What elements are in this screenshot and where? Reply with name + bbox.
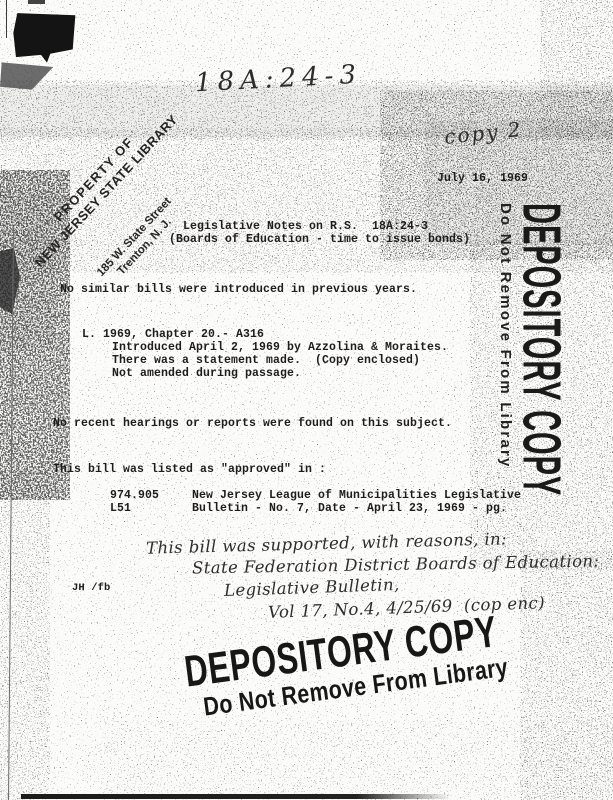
noise-patch [100, 720, 613, 800]
law-chapter-heading: L. 1969, Chapter 20.- A316 [82, 328, 264, 341]
document-title-line2: (Boards of Education - time to issue bon… [169, 233, 470, 246]
scanned-document-page: 18A:24-3 copy 2 July 16, 1969 PROPERTY O… [0, 0, 613, 800]
depository-stamp-vertical: DEPOSITORY COPY Do Not Remove From Libra… [497, 203, 566, 550]
typist-initials: JH /fb [72, 582, 110, 595]
document-date: July 16, 1969 [437, 172, 528, 185]
document-title-line1: Legislative Notes on R.S. 18A:24-3 [183, 220, 428, 233]
handwritten-note-line3: Legislative Bulletin, [224, 575, 400, 600]
law-detail-introduced: Introduced April 2, 1969 by Azzolina & M… [112, 341, 448, 354]
hearings-line: No recent hearings or reports were found… [53, 417, 452, 430]
scan-artifact-top-line [6, 0, 7, 38]
scan-artifact-bottom-bar [21, 794, 451, 799]
citation-call-number-2: L51 [110, 502, 131, 515]
depository-vertical-line1: DEPOSITORY COPY [470, 203, 566, 550]
no-similar-bills-line: No similar bills were introduced in prev… [60, 283, 417, 296]
handwritten-note-line2: State Federation District Boards of Educ… [192, 551, 600, 577]
approved-intro-line: This bill was listed as "approved" in : [53, 463, 326, 476]
law-detail-statement: There was a statement made. (Copy enclos… [112, 354, 420, 367]
citation-source-line2: Bulletin - No. 7, Date - April 23, 1969 … [192, 502, 507, 515]
law-detail-amended: Not amended during passage. [112, 367, 301, 380]
scan-artifact-top-mark [28, 0, 45, 4]
citation-call-number-1: 974.905 [110, 489, 159, 502]
scan-artifact-corner-blob [12, 12, 78, 67]
